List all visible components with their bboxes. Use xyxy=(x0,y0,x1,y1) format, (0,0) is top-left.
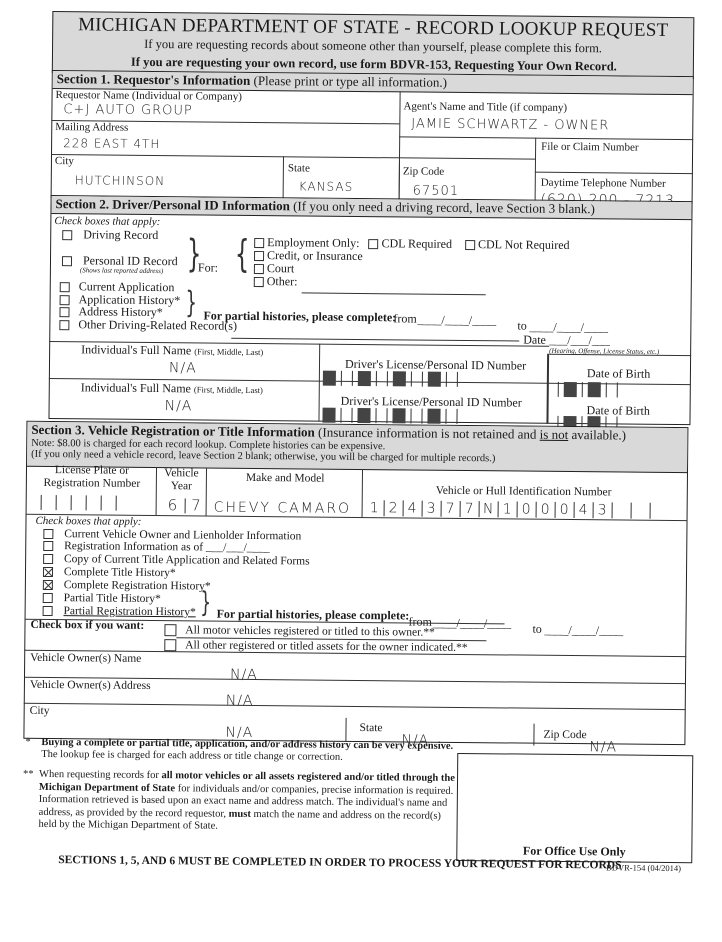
complete-registration-history-checkbox[interactable] xyxy=(43,580,53,590)
footnote-star: * Buying a complete or partial title, ap… xyxy=(25,737,455,765)
option-complete-title-history[interactable]: Complete Title History* xyxy=(43,566,176,579)
individual-2-name-field[interactable]: N/A xyxy=(165,398,193,414)
owner-city-label: City xyxy=(30,705,50,717)
cdl-not-required-label: CDL Not Required xyxy=(478,237,570,252)
mailing-address-label: Mailing Address xyxy=(55,121,128,134)
individual-2-name-label: Individual's Full Name (First, Middle, L… xyxy=(81,380,263,397)
option-copy-title-app[interactable]: Copy of Current Title Application and Re… xyxy=(43,553,310,568)
requestor-name-field[interactable]: C+J AUTO GROUP xyxy=(63,102,192,118)
zip-field[interactable]: 67501 xyxy=(413,183,460,198)
individual-1-license-field[interactable] xyxy=(323,371,463,392)
brace-icon: { xyxy=(235,235,250,273)
agent-name-field[interactable]: JAMIE SCHWARTZ - OWNER xyxy=(411,116,609,133)
individual-1-dob-field[interactable] xyxy=(553,382,623,403)
other-checkbox[interactable] xyxy=(254,277,264,287)
year-field[interactable]: 67 xyxy=(168,496,202,514)
partial-title-history-checkbox[interactable] xyxy=(43,593,53,603)
phone-label: Daytime Telephone Number xyxy=(541,177,666,190)
state-label: State xyxy=(288,162,310,174)
option-complete-registration-history[interactable]: Complete Registration History* xyxy=(43,579,211,593)
city-field[interactable]: HUTCHINSON xyxy=(75,173,166,188)
make-model-field[interactable]: CHEVY CAMARO xyxy=(214,500,352,517)
personal-id-note: (Shows last reported address) xyxy=(80,266,163,275)
address-history-checkbox[interactable] xyxy=(59,307,69,317)
cdl-required-checkbox[interactable] xyxy=(368,239,378,249)
record-lookup-form: MICHIGAN DEPARTMENT OF STATE - RECORD LO… xyxy=(0,0,722,942)
section-2-title: Section 2. Driver/Personal ID Informatio… xyxy=(55,196,289,213)
owner-name-label: Vehicle Owner(s) Name xyxy=(30,652,141,665)
individual-1-dob-label: Date of Birth xyxy=(587,366,650,382)
vin-label: Vehicle or Hull Identification Number xyxy=(436,485,612,499)
complete-title-history-checkbox[interactable] xyxy=(43,567,53,577)
section-1-subtitle: (Please print or type all information.) xyxy=(253,73,447,90)
section-3-check-label: Check boxes that apply: xyxy=(35,515,141,528)
owner-address-field[interactable]: N/A xyxy=(226,693,254,709)
section-2-check-label: Check boxes that apply: xyxy=(54,215,160,228)
file-claim-label: File or Claim Number xyxy=(541,141,639,154)
make-model-label: Make and Model xyxy=(246,472,325,485)
other-option[interactable]: Other: xyxy=(254,274,298,289)
section-2-from-date[interactable]: ____/____/____ xyxy=(417,313,496,329)
all-assets-checkbox[interactable] xyxy=(164,639,176,651)
vin-field[interactable]: 1 2 4 3 7 7 N 1 0 0 0 4 3 xyxy=(366,500,670,519)
zip-label: Zip Code xyxy=(403,165,444,177)
owner-name-field[interactable]: N/A xyxy=(230,667,258,683)
option-partial-title-history[interactable]: Partial Title History* xyxy=(43,592,161,605)
owner-state-label: State xyxy=(359,722,382,734)
personal-id-checkbox[interactable] xyxy=(62,256,72,266)
driving-record-option[interactable]: Driving Record xyxy=(62,227,158,243)
section-3-to-date[interactable]: ____/____/____ xyxy=(544,623,623,639)
current-application-checkbox[interactable] xyxy=(60,282,70,292)
requestor-name-label: Requestor Name (Individual or Company) xyxy=(56,89,242,103)
mailing-address-field[interactable]: 228 EAST 4TH xyxy=(63,136,160,151)
other-driving-checkbox[interactable] xyxy=(59,320,69,330)
copy-title-app-checkbox[interactable] xyxy=(43,554,53,564)
footnote-double-star: ** When requesting records for all motor… xyxy=(23,769,456,836)
brace-icon: } xyxy=(185,288,197,318)
individual-1-name-label: Individual's Full Name (First, Middle, L… xyxy=(81,342,263,359)
agent-name-label: Agent's Name and Title (if company) xyxy=(403,100,567,114)
partial-registration-history-checkbox[interactable] xyxy=(43,606,53,616)
option-partial-registration-history[interactable]: Partial Registration History* xyxy=(43,605,196,618)
section-3-title: Section 3. Vehicle Registration or Title… xyxy=(31,422,315,440)
registration-as-of-checkbox[interactable] xyxy=(43,541,53,551)
plate-label: License Plate orRegistration Number xyxy=(30,464,154,491)
brace-icon: } xyxy=(200,588,211,616)
section-2-to-label: to xyxy=(517,319,526,334)
employment-only-checkbox[interactable] xyxy=(254,238,264,248)
section-2-subtitle: (If you only need a driving record, leav… xyxy=(293,198,595,216)
section-2-from-label: from xyxy=(393,311,416,326)
year-label: VehicleYear xyxy=(157,467,206,493)
city-label: City xyxy=(55,155,74,167)
owner-address-label: Vehicle Owner(s) Address xyxy=(30,679,151,692)
state-field[interactable]: KANSAS xyxy=(299,179,354,194)
cdl-required-label: CDL Required xyxy=(381,236,452,251)
for-label: For: xyxy=(198,260,218,275)
all-vehicles-checkbox[interactable] xyxy=(164,624,176,636)
want-label: Check box if you want: xyxy=(30,619,144,632)
option-registration-as-of[interactable]: Registration Information as of ___/___/_… xyxy=(43,540,270,554)
driving-record-checkbox[interactable] xyxy=(62,230,72,240)
other-driving-option[interactable]: Other Driving-Related Record(s) xyxy=(59,317,237,334)
office-use-box: For Office Use Only xyxy=(456,753,693,863)
plate-field[interactable] xyxy=(34,495,124,516)
current-owner-checkbox[interactable] xyxy=(43,529,53,539)
individual-1-name-field[interactable]: N/A xyxy=(169,360,197,376)
file-claim-field[interactable] xyxy=(543,156,688,171)
cdl-not-required-checkbox[interactable] xyxy=(465,240,475,250)
owner-zip-field[interactable]: N/A xyxy=(589,739,617,755)
court-checkbox[interactable] xyxy=(254,264,264,274)
section-3-to-label: to xyxy=(532,622,541,637)
credit-checkbox[interactable] xyxy=(254,251,264,261)
section-1-title: Section 1. Requestor's Information xyxy=(57,71,251,88)
owner-zip-label: Zip Code xyxy=(543,729,586,741)
